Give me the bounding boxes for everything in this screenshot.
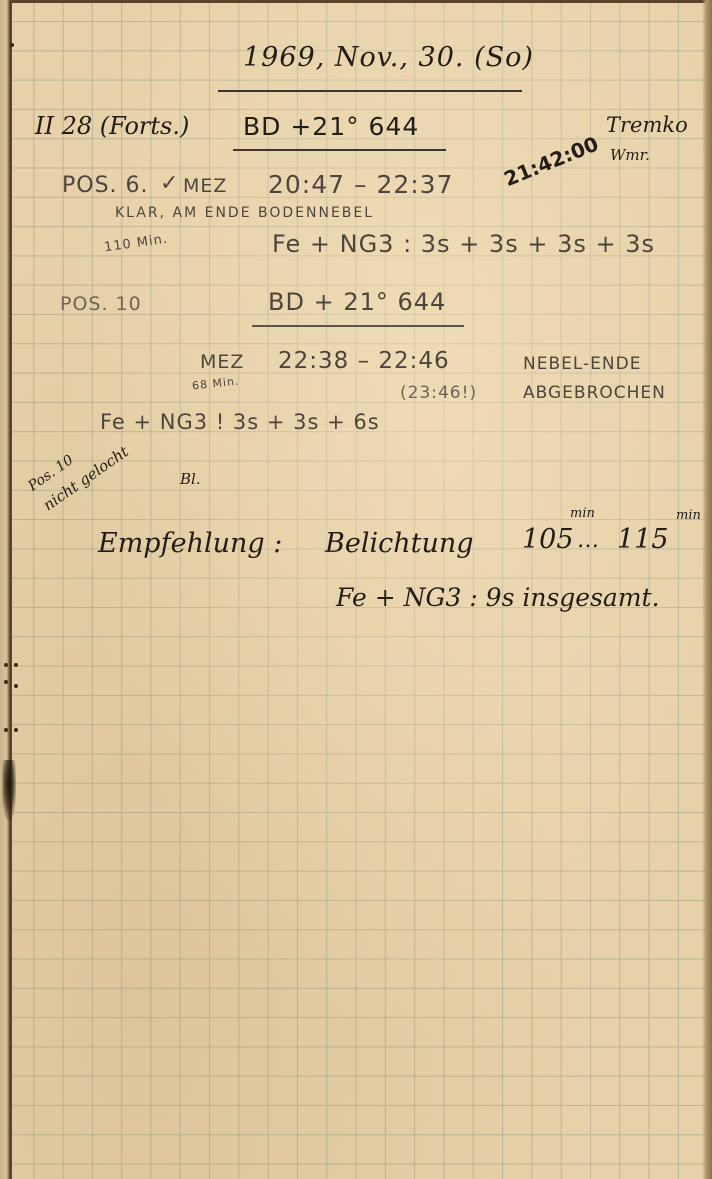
observer-note: Wmr. [610, 146, 650, 164]
position-label: POS. 10 [60, 293, 142, 315]
exposure-min-value: 105 [522, 524, 574, 555]
object-underline [233, 149, 446, 151]
observer-name: Tremko [606, 113, 688, 137]
binding-hole [14, 728, 18, 732]
total-exposure-line: Fe + NG3 : 9s insgesamt. [336, 583, 660, 612]
exposure-label: Belichtung [325, 528, 474, 559]
remark-line1: NEBEL-ENDE [523, 354, 641, 374]
remark-line2: ABGEBROCHEN [523, 383, 666, 403]
time-annotation: 21:42:00 [501, 132, 602, 192]
time-correction: (23:46!) [400, 383, 477, 403]
time-range: 22:38 – 22:46 [278, 348, 450, 374]
series-label: II 28 (Forts.) [35, 112, 189, 140]
exposure-max-value: 115 [617, 524, 669, 555]
date-underline [218, 90, 522, 92]
check-mark: ✓ [160, 171, 179, 196]
conditions-note: KLAR, AM ENDE BODENNEBEL [115, 205, 374, 221]
binding-hole [14, 663, 18, 667]
exposure-line: Fe + NG3 : 3s + 3s + 3s + 3s [272, 230, 655, 258]
page-top-edge [0, 0, 712, 3]
object-underline [252, 325, 464, 327]
recommendation-label: Empfehlung : [98, 528, 282, 559]
binding-hole [4, 680, 8, 684]
position-label: POS. 6. [62, 173, 149, 198]
object-designation: BD + 21° 644 [268, 288, 446, 316]
exposure-max-unit: min [676, 508, 701, 523]
margin-note-initials: Bl. [180, 470, 201, 488]
ink-stain [2, 760, 16, 820]
notebook-page: 1969, Nov., 30. (So) II 28 (Forts.) BD +… [0, 0, 712, 1179]
time-range: 20:47 – 22:37 [268, 170, 454, 199]
exposure-line: Fe + NG3 ! 3s + 3s + 6s [100, 410, 380, 434]
binding-edge [0, 0, 12, 1179]
exposure-min-unit: min [570, 506, 595, 521]
object-designation: BD +21° 644 [243, 112, 419, 141]
duration-note: 110 Min. [103, 232, 169, 256]
binding-hole [4, 728, 8, 732]
time-zone-label: MEZ [200, 351, 244, 373]
date-heading: 1969, Nov., 30. (So) [243, 42, 534, 73]
range-separator: … [577, 528, 599, 553]
binding-hole [14, 684, 18, 688]
binding-hole [4, 663, 8, 667]
binding-hole [10, 43, 14, 47]
time-zone-label: MEZ [183, 175, 227, 197]
duration-note: 68 Min. [191, 375, 240, 393]
page-right-edge [702, 0, 712, 1179]
